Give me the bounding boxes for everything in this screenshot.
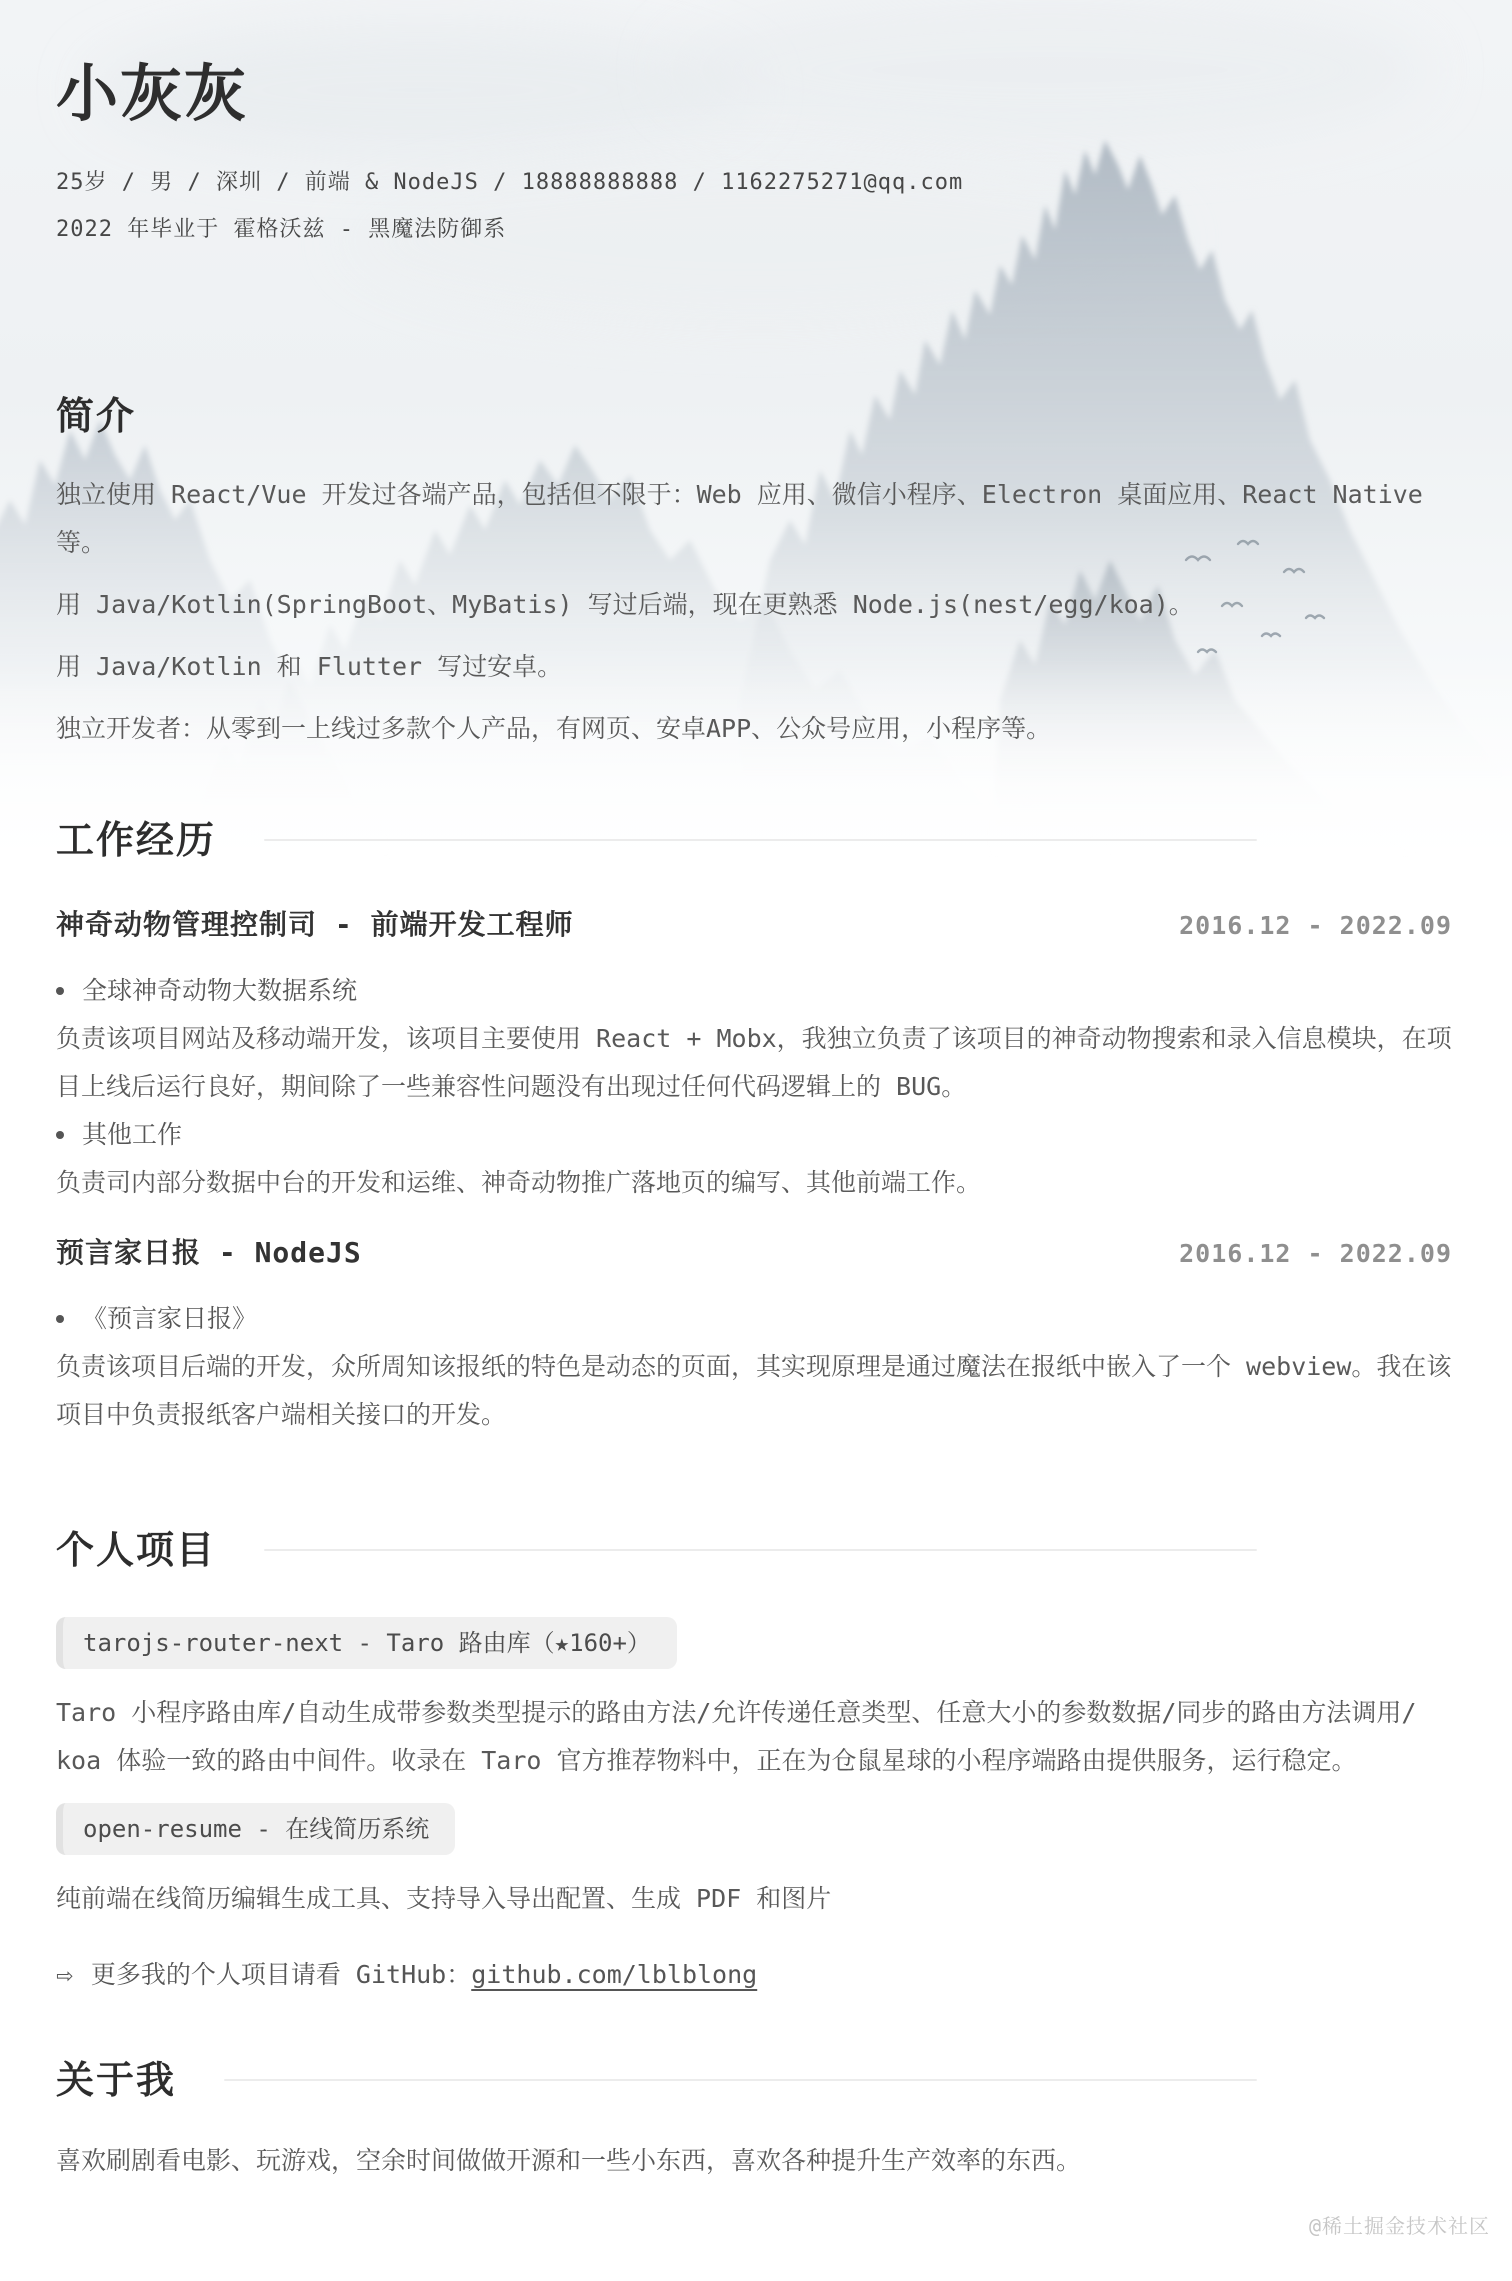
project-description: Taro 小程序路由库/自动生成带参数类型提示的路由方法/允许传递任意类型、任意… (56, 1689, 1452, 1785)
intro-paragraph: 独立使用 React/Vue 开发过各端产品，包括但不限于：Web 应用、微信小… (56, 471, 1452, 567)
project-badge: tarojs-router-next - Taro 路由库（★160+） (56, 1617, 677, 1669)
section-title-about: 关于我 (56, 2055, 1452, 2105)
project-badge: open-resume - 在线简历系统 (56, 1803, 455, 1855)
about-text: 喜欢刷剧看电影、玩游戏，空余时间做做开源和一些小东西，喜欢各种提升生产效率的东西… (56, 2137, 1452, 2185)
intro-paragraph: 独立开发者：从零到一上线过多款个人产品，有网页、安卓APP、公众号应用，小程序等… (56, 705, 1452, 753)
job-bullet: 全球神奇动物大数据系统 (56, 967, 1452, 1015)
job-period: 2016.12 - 2022.09 (1179, 1239, 1452, 1268)
bullet-dot-icon (56, 1315, 64, 1323)
job-description: 负责该项目后端的开发，众所周知该报纸的特色是动态的页面，其实现原理是通过魔法在报… (56, 1343, 1452, 1439)
job-title: 神奇动物管理控制司 - 前端开发工程师 (56, 907, 574, 943)
job-bullet: 《预言家日报》 (56, 1295, 1452, 1343)
section-projects: 个人项目 tarojs-router-next - Taro 路由库（★160+… (56, 1525, 1452, 1999)
section-title-projects: 个人项目 (56, 1525, 1452, 1575)
section-title-work: 工作经历 (56, 815, 1452, 865)
education-line: 2022 年毕业于 霍格沃兹 - 黑魔法防御系 (56, 206, 1452, 253)
section-title-text: 工作经历 (56, 815, 216, 865)
intro-paragraph: 用 Java/Kotlin(SpringBoot、MyBatis) 写过后端，现… (56, 581, 1452, 629)
bullet-label: 全球神奇动物大数据系统 (82, 967, 357, 1015)
section-about: 关于我 喜欢刷剧看电影、玩游戏，空余时间做做开源和一些小东西，喜欢各种提升生产效… (56, 2055, 1452, 2185)
section-rule (224, 2079, 1257, 2081)
job-entry: 预言家日报 - NodeJS 2016.12 - 2022.09 《预言家日报》… (56, 1235, 1452, 1439)
section-title-intro: 简介 (56, 391, 1452, 441)
bullet-label: 其他工作 (82, 1111, 182, 1159)
resume-page: 小灰灰 25岁 / 男 / 深圳 / 前端 & NodeJS / 1888888… (0, 0, 1512, 2281)
section-rule (264, 1549, 1257, 1551)
bullet-label: 《预言家日报》 (82, 1295, 257, 1343)
bullet-dot-icon (56, 987, 64, 995)
section-title-text: 关于我 (56, 2055, 176, 2105)
bullet-dot-icon (56, 1131, 64, 1139)
job-entry: 神奇动物管理控制司 - 前端开发工程师 2016.12 - 2022.09 全球… (56, 907, 1452, 1207)
job-description: 负责该项目网站及移动端开发，该项目主要使用 React + Mobx，我独立负责… (56, 1015, 1452, 1111)
project-description: 纯前端在线简历编辑生成工具、支持导入导出配置、生成 PDF 和图片 (56, 1875, 1452, 1923)
right-arrow-icon: ⇨ (56, 1951, 73, 1999)
job-bullet: 其他工作 (56, 1111, 1452, 1159)
basic-info-line: 25岁 / 男 / 深圳 / 前端 & NodeJS / 18888888888… (56, 159, 1452, 206)
job-title: 预言家日报 - NodeJS (56, 1235, 362, 1271)
section-title-text: 简介 (56, 391, 136, 441)
job-items: 《预言家日报》 负责该项目后端的开发，众所周知该报纸的特色是动态的页面，其实现原… (56, 1295, 1452, 1439)
job-head: 预言家日报 - NodeJS 2016.12 - 2022.09 (56, 1235, 1452, 1271)
github-link[interactable]: github.com/lblblong (471, 1951, 757, 1999)
more-projects-text: 更多我的个人项目请看 GitHub： (91, 1951, 471, 1999)
section-work: 工作经历 神奇动物管理控制司 - 前端开发工程师 2016.12 - 2022.… (56, 815, 1452, 1439)
job-items: 全球神奇动物大数据系统 负责该项目网站及移动端开发，该项目主要使用 React … (56, 967, 1452, 1207)
job-description: 负责司内部分数据中台的开发和运维、神奇动物推广落地页的编写、其他前端工作。 (56, 1159, 1452, 1207)
more-projects-line: ⇨ 更多我的个人项目请看 GitHub： github.com/lblblong (56, 1951, 1452, 1999)
section-intro: 简介 独立使用 React/Vue 开发过各端产品，包括但不限于：Web 应用、… (56, 391, 1452, 753)
section-rule (264, 839, 1257, 841)
name-title: 小灰灰 (56, 58, 1452, 129)
intro-paragraph: 用 Java/Kotlin 和 Flutter 写过安卓。 (56, 643, 1452, 691)
resume-header: 小灰灰 25岁 / 男 / 深圳 / 前端 & NodeJS / 1888888… (56, 58, 1452, 253)
resume-content: 小灰灰 25岁 / 男 / 深圳 / 前端 & NodeJS / 1888888… (0, 0, 1512, 2185)
section-title-text: 个人项目 (56, 1525, 216, 1575)
juejin-watermark: @稀土掘金技术社区 (1309, 2210, 1490, 2239)
job-period: 2016.12 - 2022.09 (1179, 911, 1452, 940)
job-head: 神奇动物管理控制司 - 前端开发工程师 2016.12 - 2022.09 (56, 907, 1452, 943)
